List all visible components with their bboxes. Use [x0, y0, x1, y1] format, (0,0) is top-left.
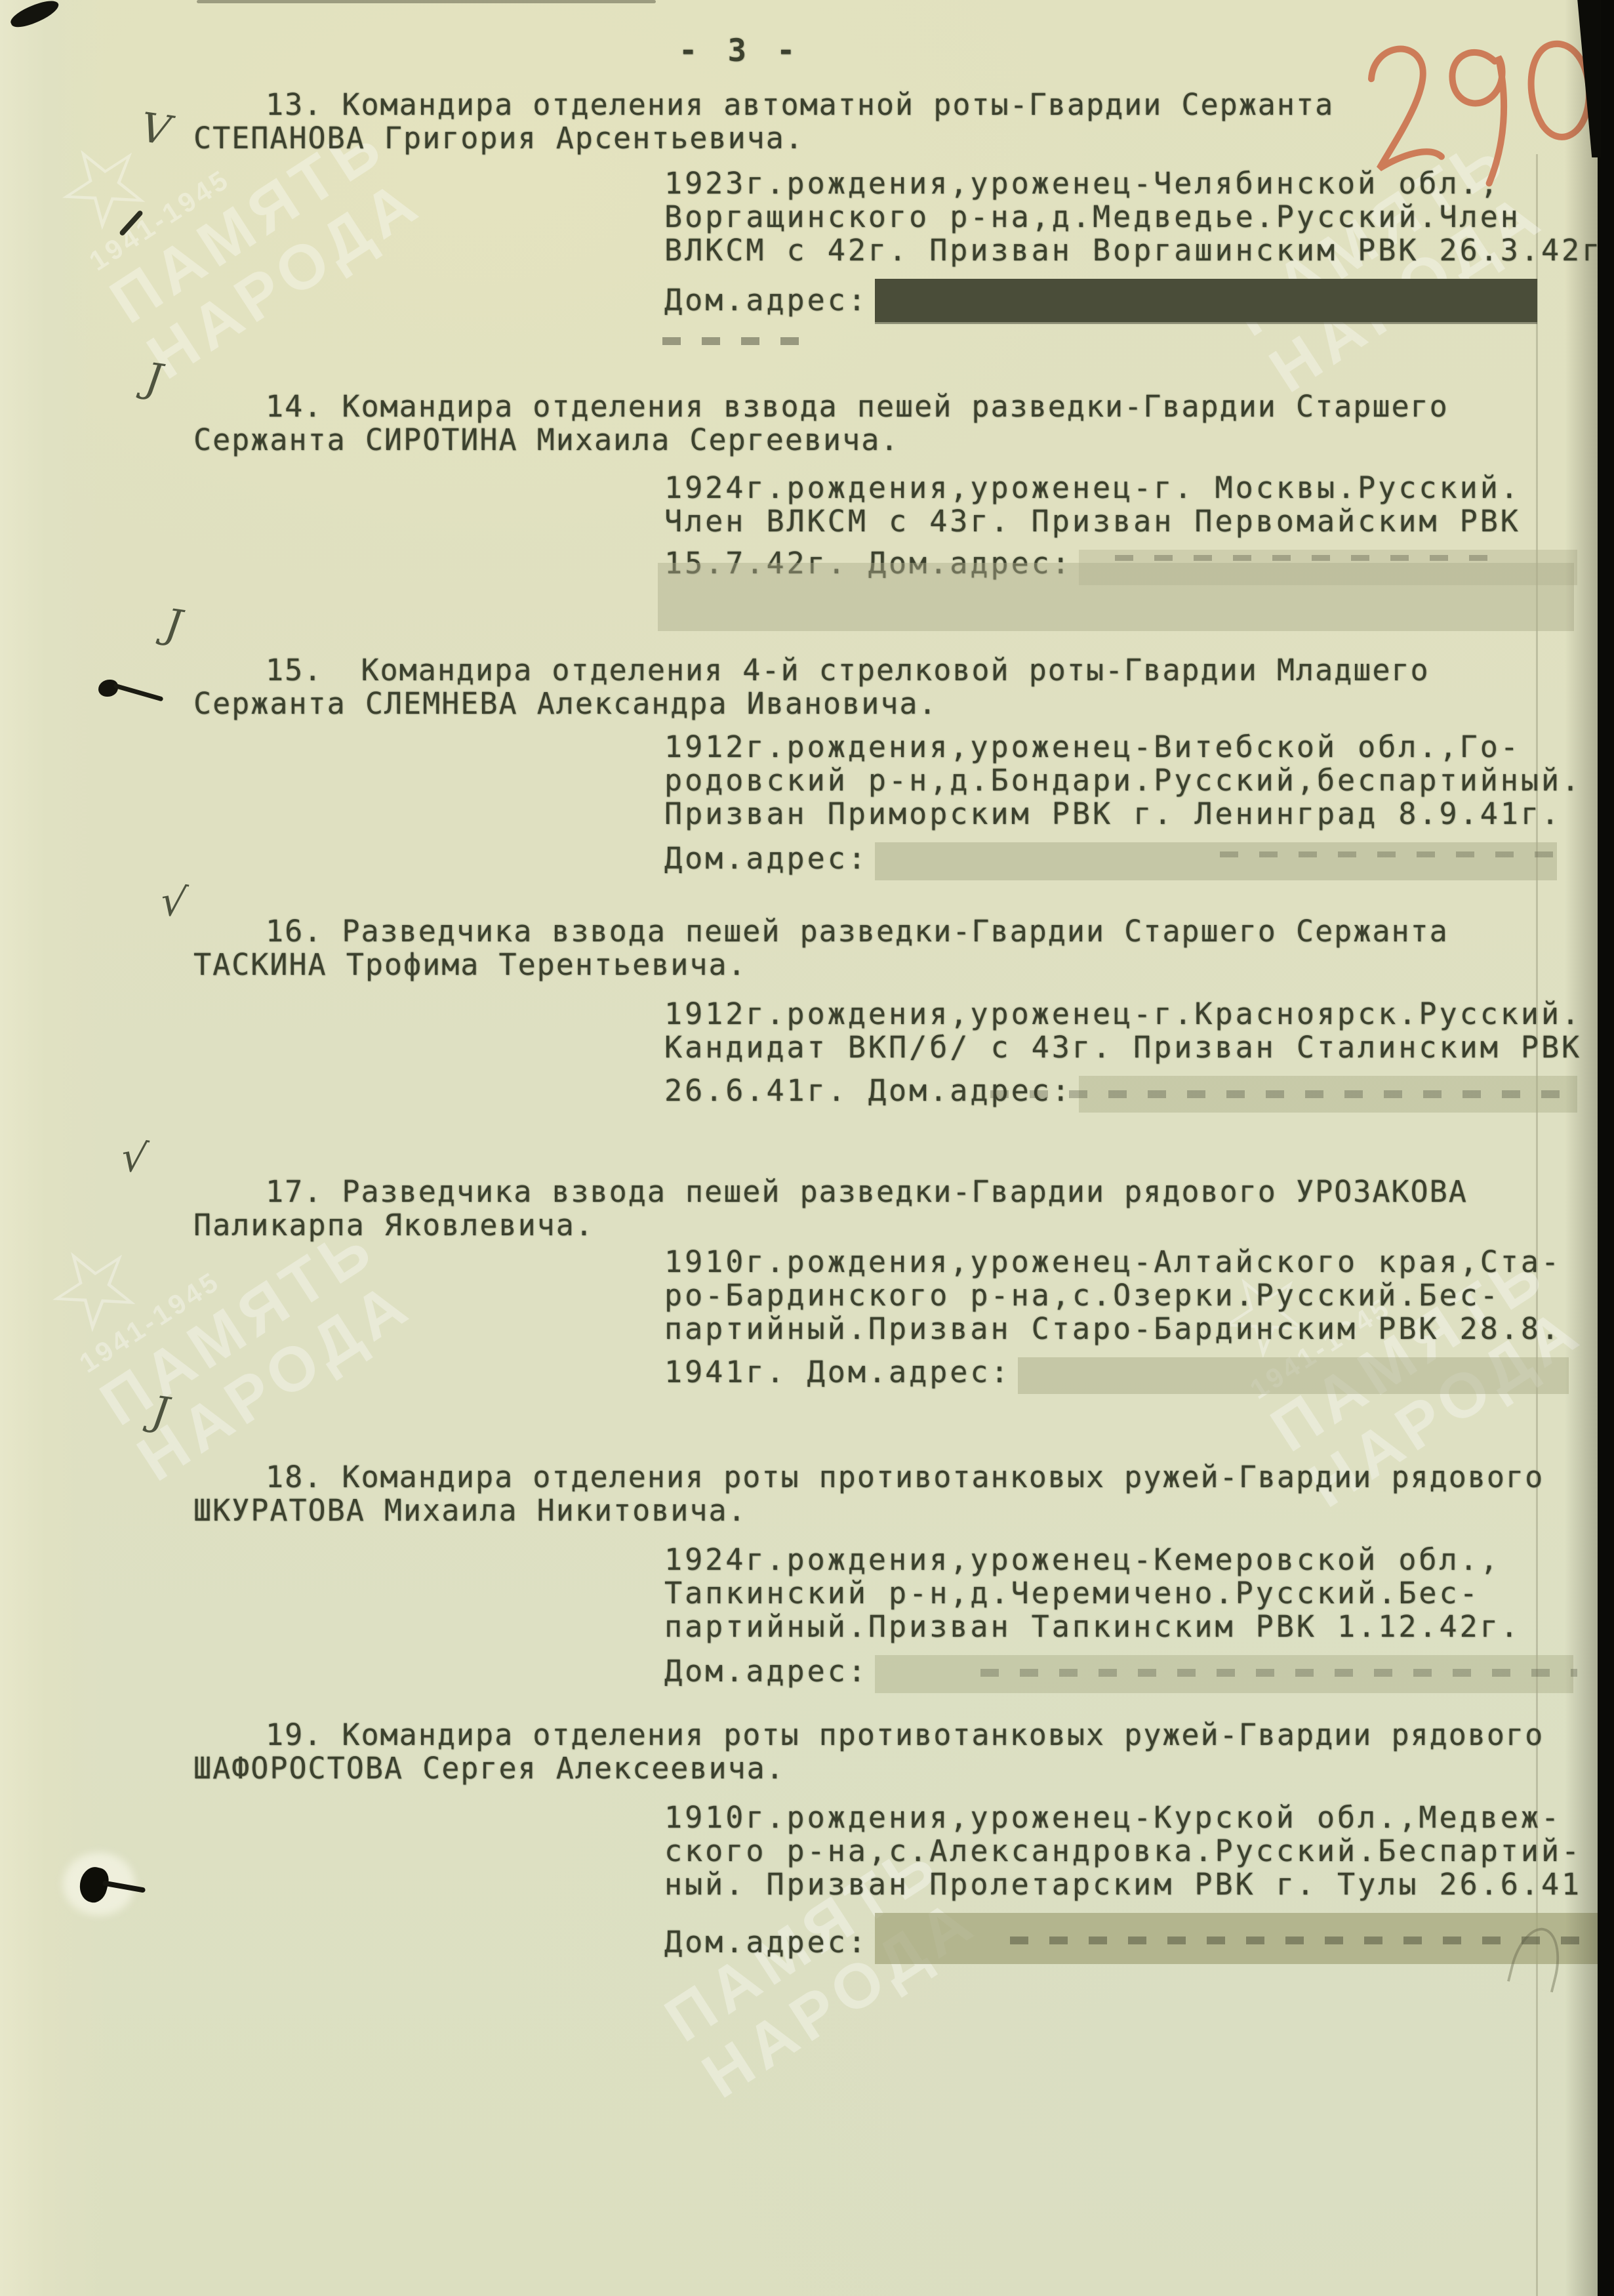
detail-line: ный. Призван Пролетарским РВК г. Тулы 26…: [664, 1868, 1603, 1901]
name-line: ШАФОРОСТОВА Сергея Алексеевича.: [193, 1751, 785, 1786]
name-line: Паликарпа Яковлевича.: [193, 1208, 594, 1242]
detail-line: 1924г.рождения,уроженец-Кемеровской обл.…: [664, 1543, 1573, 1576]
role-line: 16. Разведчика взвода пешей разведки-Гва…: [266, 914, 1449, 949]
detail-line: ро-Бардинского р-на,с.Озерки.Русский.Бес…: [664, 1279, 1569, 1312]
ink-smudge: [990, 1090, 1574, 1098]
address-label: Дом.адрес:: [664, 841, 868, 876]
detail-line: Призван Приморским РВК г. Ленинград 8.9.…: [664, 797, 1582, 830]
name-line: ТАСКИНА Трофима Терентьевича.: [193, 947, 747, 982]
detail-line: ВЛКСМ с 42г. Призван Воргашинским РВК 26…: [664, 234, 1602, 267]
detail-line: 1910г.рождения,уроженец-Курской обл.,Мед…: [664, 1801, 1603, 1834]
ink-smudge: [1010, 1937, 1581, 1944]
name-line: Сержанта СИРОТИНА Михаила Сергеевича.: [193, 422, 899, 457]
address-label: Дом.адрес:: [664, 1925, 868, 1959]
redaction-strip: [875, 842, 1557, 880]
ink-smudge: [980, 1669, 1577, 1677]
redaction-strip: [1018, 1357, 1569, 1394]
detail-line: 1912г.рождения,уроженец-Витебской обл.,Г…: [664, 730, 1582, 764]
scan-edge-shadow: [1565, 0, 1598, 2296]
role-line: 18. Командира отделения роты противотанк…: [266, 1460, 1544, 1494]
entry-details: 1923г.рождения,уроженец-Челябинской обл.…: [664, 167, 1602, 300]
page-number: - 3 -: [679, 33, 801, 69]
name-line: Сержанта СЛЕМНЕВА Александра Ивановича.: [193, 686, 938, 721]
entry-details: 1924г.рождения,уроженец-Кемеровской обл.…: [664, 1543, 1573, 1677]
detail-line: 1923г.рождения,уроженец-Челябинской обл.…: [664, 167, 1602, 200]
detail-line: Кандидат ВКП/б/ с 43г. Призван Сталински…: [664, 1031, 1582, 1064]
detail-line: 1912г.рождения,уроженец-г.Красноярск.Рус…: [664, 997, 1582, 1031]
detail-line: ского р-на,с.Александровка.Русский.Беспа…: [664, 1834, 1603, 1868]
ink-smudge: [1115, 555, 1508, 561]
address-label: Дом.адрес:: [664, 283, 868, 318]
scanned-document-page: ☆ 1941-1945 ПАМЯТЬНАРОДА ПАМЯТЬНАРОДА ☆ …: [0, 0, 1614, 2296]
redaction-strip: [875, 279, 1537, 322]
ink-smudge: [1220, 851, 1561, 857]
role-line: 19. Командира отделения роты противотанк…: [266, 1717, 1544, 1752]
detail-line: Тапкинский р-н,д.Черемичено.Русский.Бес-: [664, 1576, 1573, 1610]
detail-line: родовский р-н,д.Бондари.Русский,беспарти…: [664, 764, 1582, 797]
entry-details: 1910г.рождения,уроженец-Курской обл.,Мед…: [664, 1801, 1603, 1935]
role-line: 17. Разведчика взвода пешей разведки-Гва…: [266, 1174, 1468, 1209]
role-line: 14. Командира отделения взвода пешей раз…: [266, 389, 1449, 424]
entry-details: 1912г.рождения,уроженец-Витебской обл.,Г…: [664, 730, 1582, 864]
detail-line: партийный.Призван Тапкинским РВК 1.12.42…: [664, 1610, 1573, 1643]
address-label: 1941г. Дом.адрес:: [664, 1355, 1011, 1389]
role-line: 15. Командира отделения 4-й стрелковой р…: [266, 653, 1430, 687]
address-label: Дом.адрес:: [664, 1654, 868, 1689]
entry-details: 1912г.рождения,уроженец-г.Красноярск.Рус…: [664, 997, 1582, 1097]
redaction-band: [658, 563, 1574, 631]
entry-details: 1910г.рождения,уроженец-Алтайского края,…: [664, 1245, 1569, 1379]
name-line: СТЕПАНОВА Григория Арсентьевича.: [193, 121, 804, 155]
name-line: ШКУРАТОВА Михаила Никитовича.: [193, 1493, 747, 1528]
detail-line: партийный.Призван Старо-Бардинским РВК 2…: [664, 1312, 1569, 1345]
ink-smudge: [662, 337, 820, 345]
scan-top-edge: [197, 0, 656, 3]
detail-line: Воргащинского р-на,д.Медведье.Русский.Чл…: [664, 200, 1602, 234]
role-line: 13. Командира отделения автоматной роты-…: [266, 87, 1334, 122]
detail-line: 1924г.рождения,уроженец-г. Москвы.Русски…: [664, 471, 1577, 504]
detail-line: 1910г.рождения,уроженец-Алтайского края,…: [664, 1245, 1569, 1279]
scan-black-edge: [1598, 0, 1614, 2296]
detail-line: Член ВЛКСМ с 43г. Призван Первомайским Р…: [664, 504, 1577, 538]
